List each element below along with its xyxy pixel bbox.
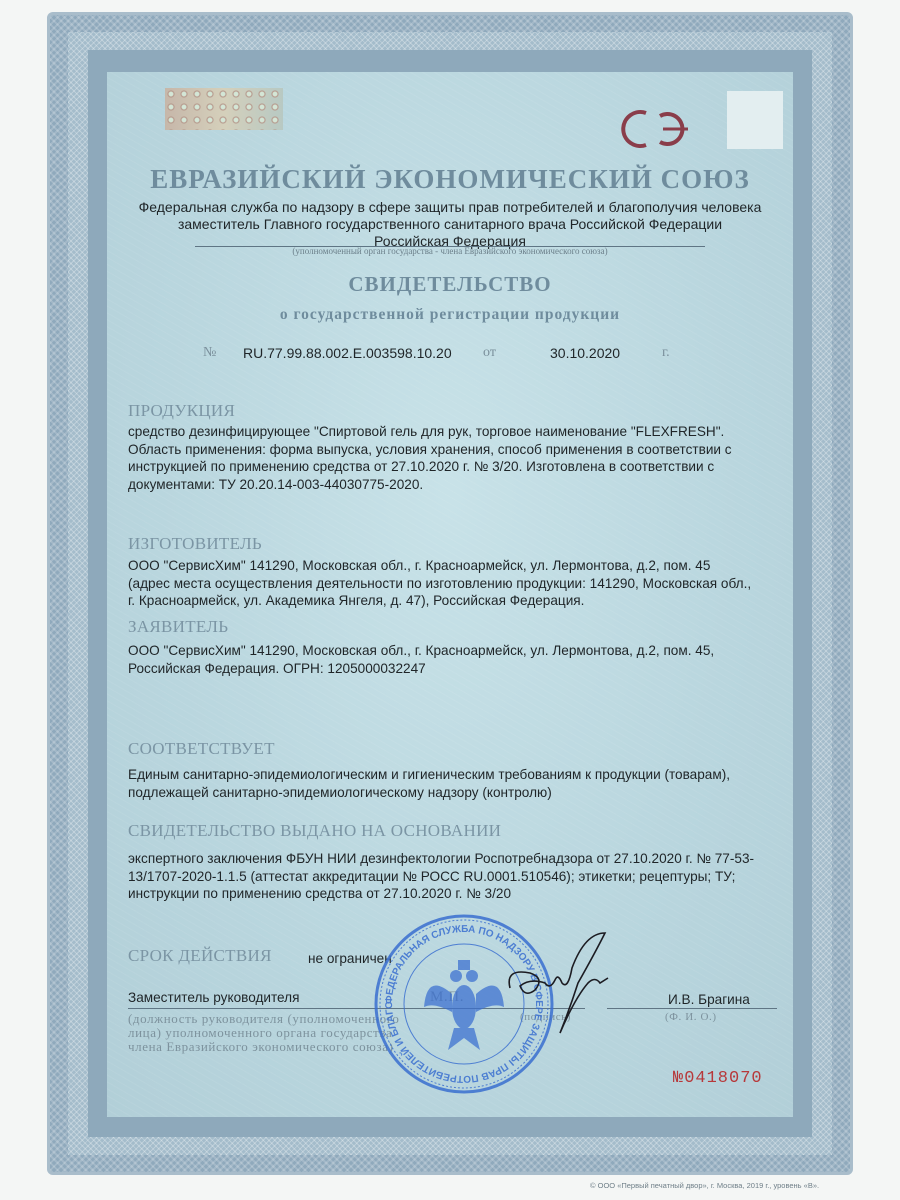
certificate-date: 30.10.2020 <box>550 345 620 361</box>
date-prefix: от <box>483 345 496 361</box>
validity-heading: СРОК ДЕЙСТВИЯ <box>128 946 272 966</box>
text-line: подлежащей санитарно-эпидемиологическому… <box>128 784 788 802</box>
printer-imprint: © ООО «Первый печатный двор», г. Москва,… <box>590 1181 819 1190</box>
text-line: г. Красноармейск, ул. Академика Янгеля, … <box>128 592 788 610</box>
text-line: Область применения: форма выпуска, услов… <box>128 441 788 459</box>
blank-patch <box>727 91 783 149</box>
caption-line: (должность руководителя (уполномоченного <box>128 1012 399 1026</box>
applicant-heading: ЗАЯВИТЕЛЬ <box>128 617 228 637</box>
applicant-text: ООО "СервисХим" 141290, Московская обл.,… <box>128 642 788 677</box>
number-prefix: № <box>203 345 216 361</box>
basis-text: экспертного заключения ФБУН НИИ дезинфек… <box>128 850 788 903</box>
name-caption: (Ф. И. О.) <box>665 1010 717 1024</box>
certificate-number: RU.77.99.88.002.E.003598.10.20 <box>243 345 452 361</box>
serial-number: №0418070 <box>673 1069 763 1088</box>
conforms-heading: СООТВЕТСТВУЕТ <box>128 739 275 759</box>
product-heading: ПРОДУКЦИЯ <box>128 401 235 421</box>
text-line: 13/1707-2020-1.1.5 (аттестат аккредитаци… <box>128 868 788 886</box>
text-line: инструкции по применению средства от 27.… <box>128 885 788 903</box>
agency-line: Федеральная служба по надзору в сфере за… <box>120 199 780 216</box>
handwritten-signature <box>500 928 620 1038</box>
basis-heading: СВИДЕТЕЛЬСТВО ВЫДАНО НА ОСНОВАНИИ <box>128 821 501 841</box>
text-line: экспертного заключения ФБУН НИИ дезинфек… <box>128 850 788 868</box>
agency-caption: (уполномоченный орган государства - член… <box>195 246 705 256</box>
issuing-agency: Федеральная служба по надзору в сфере за… <box>120 199 780 250</box>
text-line: Российская Федерация. ОГРН: 120500003224… <box>128 660 788 678</box>
text-line: (адрес места осуществления деятельности … <box>128 575 788 593</box>
hologram-sticker <box>165 88 283 130</box>
text-line: ООО "СервисХим" 141290, Московская обл.,… <box>128 642 788 660</box>
name-underline <box>607 1008 777 1009</box>
date-suffix: г. <box>662 345 670 361</box>
manufacturer-heading: ИЗГОТОВИТЕЛЬ <box>128 534 262 554</box>
ce-mark-icon <box>620 108 700 150</box>
position-caption: (должность руководителя (уполномоченного… <box>128 1012 399 1054</box>
product-text: средство дезинфицирующее "Спиртовой гель… <box>128 423 788 493</box>
text-line: инструкцией по применению средства от 27… <box>128 458 788 476</box>
agency-line: заместитель Главного государственного са… <box>120 216 780 233</box>
text-line: средство дезинфицирующее "Спиртовой гель… <box>128 423 788 441</box>
certificate-subtitle: о государственной регистрации продукции <box>0 306 900 324</box>
manufacturer-text: ООО "СервисХим" 141290, Московская обл.,… <box>128 557 788 610</box>
signatory-name: И.В. Брагина <box>668 992 750 1007</box>
caption-line: члена Евразийского экономического союза) <box>128 1040 399 1054</box>
text-line: документами: ТУ 20.20.14-003-44030775-20… <box>128 476 788 494</box>
conforms-text: Единым санитарно-эпидемиологическим и ги… <box>128 766 788 801</box>
certificate-title: СВИДЕТЕЛЬСТВО <box>0 272 900 297</box>
text-line: ООО "СервисХим" 141290, Московская обл.,… <box>128 557 788 575</box>
signatory-position: Заместитель руководителя <box>128 990 299 1005</box>
union-title: ЕВРАЗИЙСКИЙ ЭКОНОМИЧЕСКИЙ СОЮЗ <box>0 164 900 195</box>
text-line: Единым санитарно-эпидемиологическим и ги… <box>128 766 788 784</box>
caption-line: лица) уполномоченного органа государства <box>128 1026 399 1040</box>
